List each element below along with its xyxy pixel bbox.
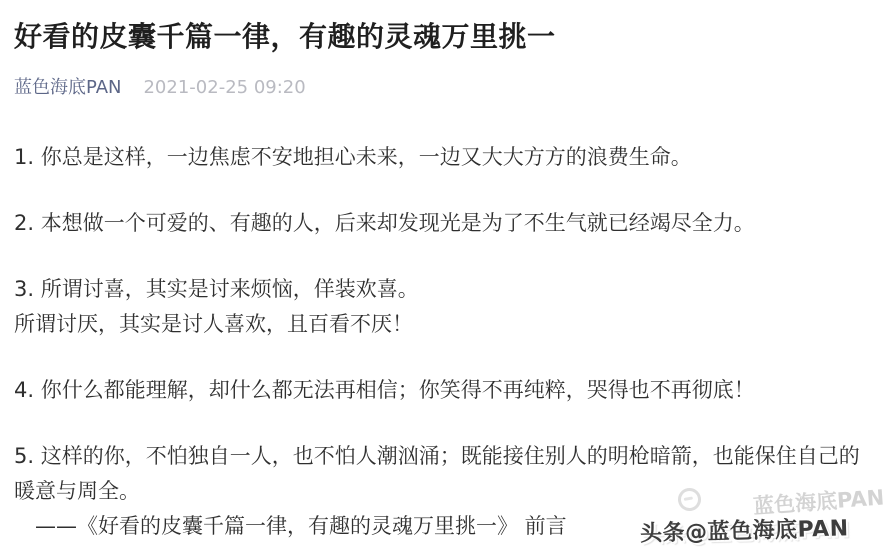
publish-date: 2021-02-25 09:20 [143, 78, 305, 98]
article-paragraph: 2. 本想做一个可爱的、有趣的人，后来却发现光是为了不生气就已经竭尽全力。 [14, 206, 872, 241]
author-link[interactable]: 蓝色海底PAN [14, 78, 121, 98]
article-paragraph: 1. 你总是这样，一边焦虑不安地担心未来，一边又大大方方的浪费生命。 [14, 140, 872, 175]
article-paragraph: 5. 这样的你，不怕独自一人，也不怕人潮汹涌；既能接住别人的明枪暗箭，也能保住自… [14, 439, 872, 509]
paragraph-list: 1. 你总是这样，一边焦虑不安地担心未来，一边又大大方方的浪费生命。2. 本想做… [14, 140, 872, 509]
article-page: 好看的皮囊千篇一律，有趣的灵魂万里挑一 蓝色海底PAN 2021-02-25 0… [0, 0, 886, 552]
article-paragraph: 3. 所谓讨喜，其实是讨来烦恼，佯装欢喜。所谓讨厌，其实是讨人喜欢，且百看不厌！ [14, 272, 872, 342]
article-title: 好看的皮囊千篇一律，有趣的灵魂万里挑一 [14, 18, 872, 56]
article-meta: 蓝色海底PAN 2021-02-25 09:20 [14, 78, 872, 98]
attribution-line: ——《好看的皮囊千篇一律，有趣的灵魂万里挑一》 前言 [14, 509, 872, 544]
article-paragraph: 4. 你什么都能理解，却什么都无法再相信；你笑得不再纯粹，哭得也不再彻底！ [14, 373, 872, 408]
article-body: 1. 你总是这样，一边焦虑不安地担心未来，一边又大大方方的浪费生命。2. 本想做… [14, 140, 872, 544]
